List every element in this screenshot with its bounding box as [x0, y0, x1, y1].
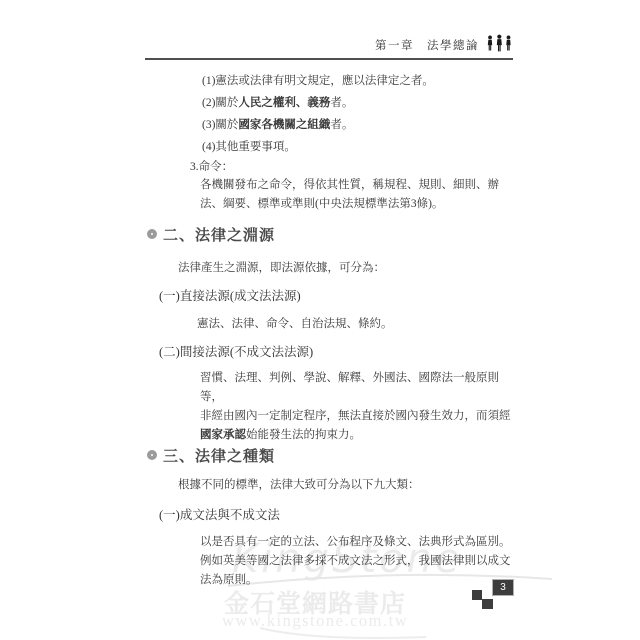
list-item-text: (2)關於 [202, 97, 238, 109]
paragraph-text: 始能發生法的拘束力。 [246, 429, 361, 441]
subsection-heading-direct-sources: (一)直接法源(成文法法源) [159, 288, 517, 304]
book-page: KingStone 金石堂網路書店 www.kingstone.com.tw 第… [0, 0, 640, 640]
ring-bullet-icon [147, 450, 157, 460]
three-people-icon [486, 34, 513, 53]
subsection-paragraph: 習慣、法理、判例、學說、解釋、外國法、國際法一般原則等， 非經由國內一定制定程序… [200, 369, 517, 445]
section-heading-sources-of-law: 二、法律之淵源 [147, 224, 517, 244]
paragraph-line: 國家承認始能發生法的拘束力。 [200, 426, 517, 445]
paragraph-line: 法、綱要、標準或準則(中央法規標準法第3條)。 [200, 195, 517, 214]
subsection-heading-indirect-sources: (二)間接法源(不成文法法源) [159, 344, 517, 360]
numbered-list: (1)憲法或法律有明文規定，應以法律定之者。 (2)關於人民之權利、義務者。 (… [145, 70, 517, 158]
watermark-arc-icon [258, 626, 428, 640]
paragraph-bold-text: 國家承認 [200, 429, 246, 441]
paragraph-line: 各機關發布之命令，得依其性質，稱規程、規則、細則、辦 [200, 176, 517, 195]
ring-bullet-icon [147, 229, 157, 239]
decorative-square [472, 590, 482, 600]
list-item: (1)憲法或法律有明文規定，應以法律定之者。 [202, 70, 517, 92]
subsection-body: 憲法、法律、命令、自治法規、條約。 [197, 316, 517, 332]
list-item-bold-text: 人民之權利、義務 [238, 97, 330, 109]
section-heading-types-of-law: 三、法律之種類 [147, 445, 517, 465]
chapter-title: 第一章 法學總論 [375, 39, 479, 53]
list-item-text: 者。 [330, 119, 353, 131]
decorative-square [482, 599, 493, 609]
section-heading-text: 三、法律之種類 [163, 445, 275, 466]
page-header: 第一章 法學總論 [145, 34, 513, 60]
list-item-text: 者。 [330, 97, 353, 109]
section-intro: 根據不同的標準，法律大致可分為以下九大類： [178, 477, 517, 493]
subsection-paragraph: 以是否具有一定的立法、公布程序及條文、法典形式為區別。 例如英美等國之法律多採不… [200, 533, 517, 590]
paragraph-line: 非經由國內一定制定程序，無法直接於國內發生效力，而須經 [200, 407, 517, 426]
section-intro: 法律產生之淵源，即法源依據，可分為： [178, 260, 517, 276]
page-number: 3 [492, 579, 514, 596]
list-item-text: (3)關於 [202, 119, 238, 131]
page-content: (1)憲法或法律有明文規定，應以法律定之者。 (2)關於人民之權利、義務者。 (… [145, 70, 517, 590]
list-item: (4)其他重要事項。 [202, 136, 517, 158]
paragraph-line: 習慣、法理、判例、學說、解釋、外國法、國際法一般原則等， [200, 369, 517, 407]
subsection-heading-written-law: (一)成文法與不成文法 [159, 507, 517, 523]
list-item-bold-text: 國家各機關之組織 [238, 119, 330, 131]
command-paragraph: 各機關發布之命令，得依其性質，稱規程、規則、細則、辦 法、綱要、標準或準則(中央… [200, 176, 517, 214]
command-label: 3.命令： [190, 158, 517, 176]
paragraph-line: 法為原則。 [200, 571, 517, 590]
list-item: (2)關於人民之權利、義務者。 [202, 92, 517, 114]
paragraph-line: 以是否具有一定的立法、公布程序及條文、法典形式為區別。 [200, 533, 517, 552]
section-heading-text: 二、法律之淵源 [163, 224, 275, 245]
list-item: (3)關於國家各機關之組織者。 [202, 114, 517, 136]
paragraph-line: 例如英美等國之法律多採不成文法之形式，我國法律則以成文 [200, 552, 517, 571]
